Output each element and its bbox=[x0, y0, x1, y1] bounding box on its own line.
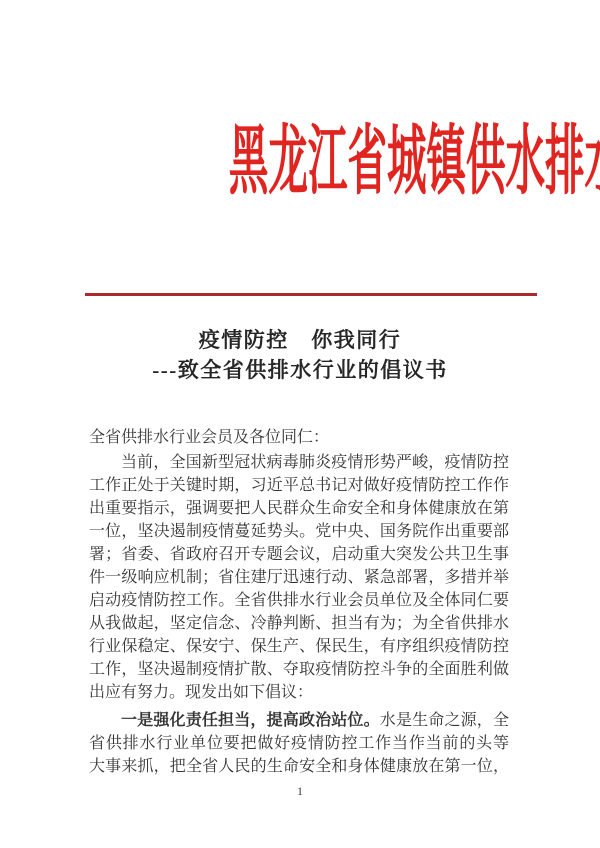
document-title-line-2: ---致全省供排水行业的倡议书 bbox=[0, 355, 600, 385]
body-line: 件一级响应机制；省住建厅迅速行动、紧急部署，多措并举 bbox=[89, 566, 509, 589]
emphasis-heading: 一是强化责任担当，提高政治站位。 bbox=[121, 712, 380, 729]
body-line: 从我做起，坚定信念、冷静判断、担当有为；为全省供排水 bbox=[89, 612, 509, 635]
document-title-line-1: 疫情防控 你我同行 bbox=[0, 325, 600, 355]
document-page: 黑龙江省城镇供水排水协会 疫情防控 你我同行 ---致全省供排水行业的倡议书 全… bbox=[0, 0, 600, 848]
body-line: 当前，全国新型冠状病毒肺炎疫情形势严峻，疫情防控 bbox=[89, 451, 509, 474]
salutation: 全省供排水行业会员及各位同仁： bbox=[89, 426, 509, 449]
body-line: 行业保稳定、保安宁、保生产、保民生，有序组织疫情防控 bbox=[89, 635, 509, 658]
red-divider-line bbox=[85, 293, 537, 296]
association-letterhead: 黑龙江省城镇供水排水协会 bbox=[0, 120, 600, 204]
emphasis-rest: 水是生命之源，全 bbox=[380, 712, 509, 729]
body-line: 省供排水行业单位要把做好疫情防控工作当作当前的头等 bbox=[89, 732, 509, 755]
body-line: 工作正处于关键时期，习近平总书记对做好疫情防控工作作 bbox=[89, 474, 509, 497]
body-line: 一位，坚决遏制疫情蔓延势头。党中央、国务院作出重要部 bbox=[89, 520, 509, 543]
body-line: 工作，坚决遏制疫情扩散、夺取疫情防控斗争的全面胜利做 bbox=[89, 658, 509, 681]
body-line: 出应有努力。现发出如下倡议： bbox=[89, 681, 509, 704]
body-line: 署；省委、省政府召开专题会议，启动重大突发公共卫生事 bbox=[89, 543, 509, 566]
document-body: 全省供排水行业会员及各位同仁： 当前，全国新型冠状病毒肺炎疫情形势严峻，疫情防控… bbox=[89, 426, 509, 778]
body-line: 大事来抓，把全省人民的生命安全和身体健康放在第一位， bbox=[89, 755, 509, 778]
body-line-emphasis: 一是强化责任担当，提高政治站位。水是生命之源，全 bbox=[89, 709, 509, 732]
body-line: 出重要指示，强调要把人民群众生命安全和身体健康放在第 bbox=[89, 497, 509, 520]
association-letterhead-text: 黑龙江省城镇供水排水协会 bbox=[229, 120, 600, 204]
document-title: 疫情防控 你我同行 ---致全省供排水行业的倡议书 bbox=[0, 325, 600, 385]
body-line: 启动疫情防控工作。全省供排水行业会员单位及全体同仁要 bbox=[89, 589, 509, 612]
page-number: 1 bbox=[0, 784, 600, 798]
